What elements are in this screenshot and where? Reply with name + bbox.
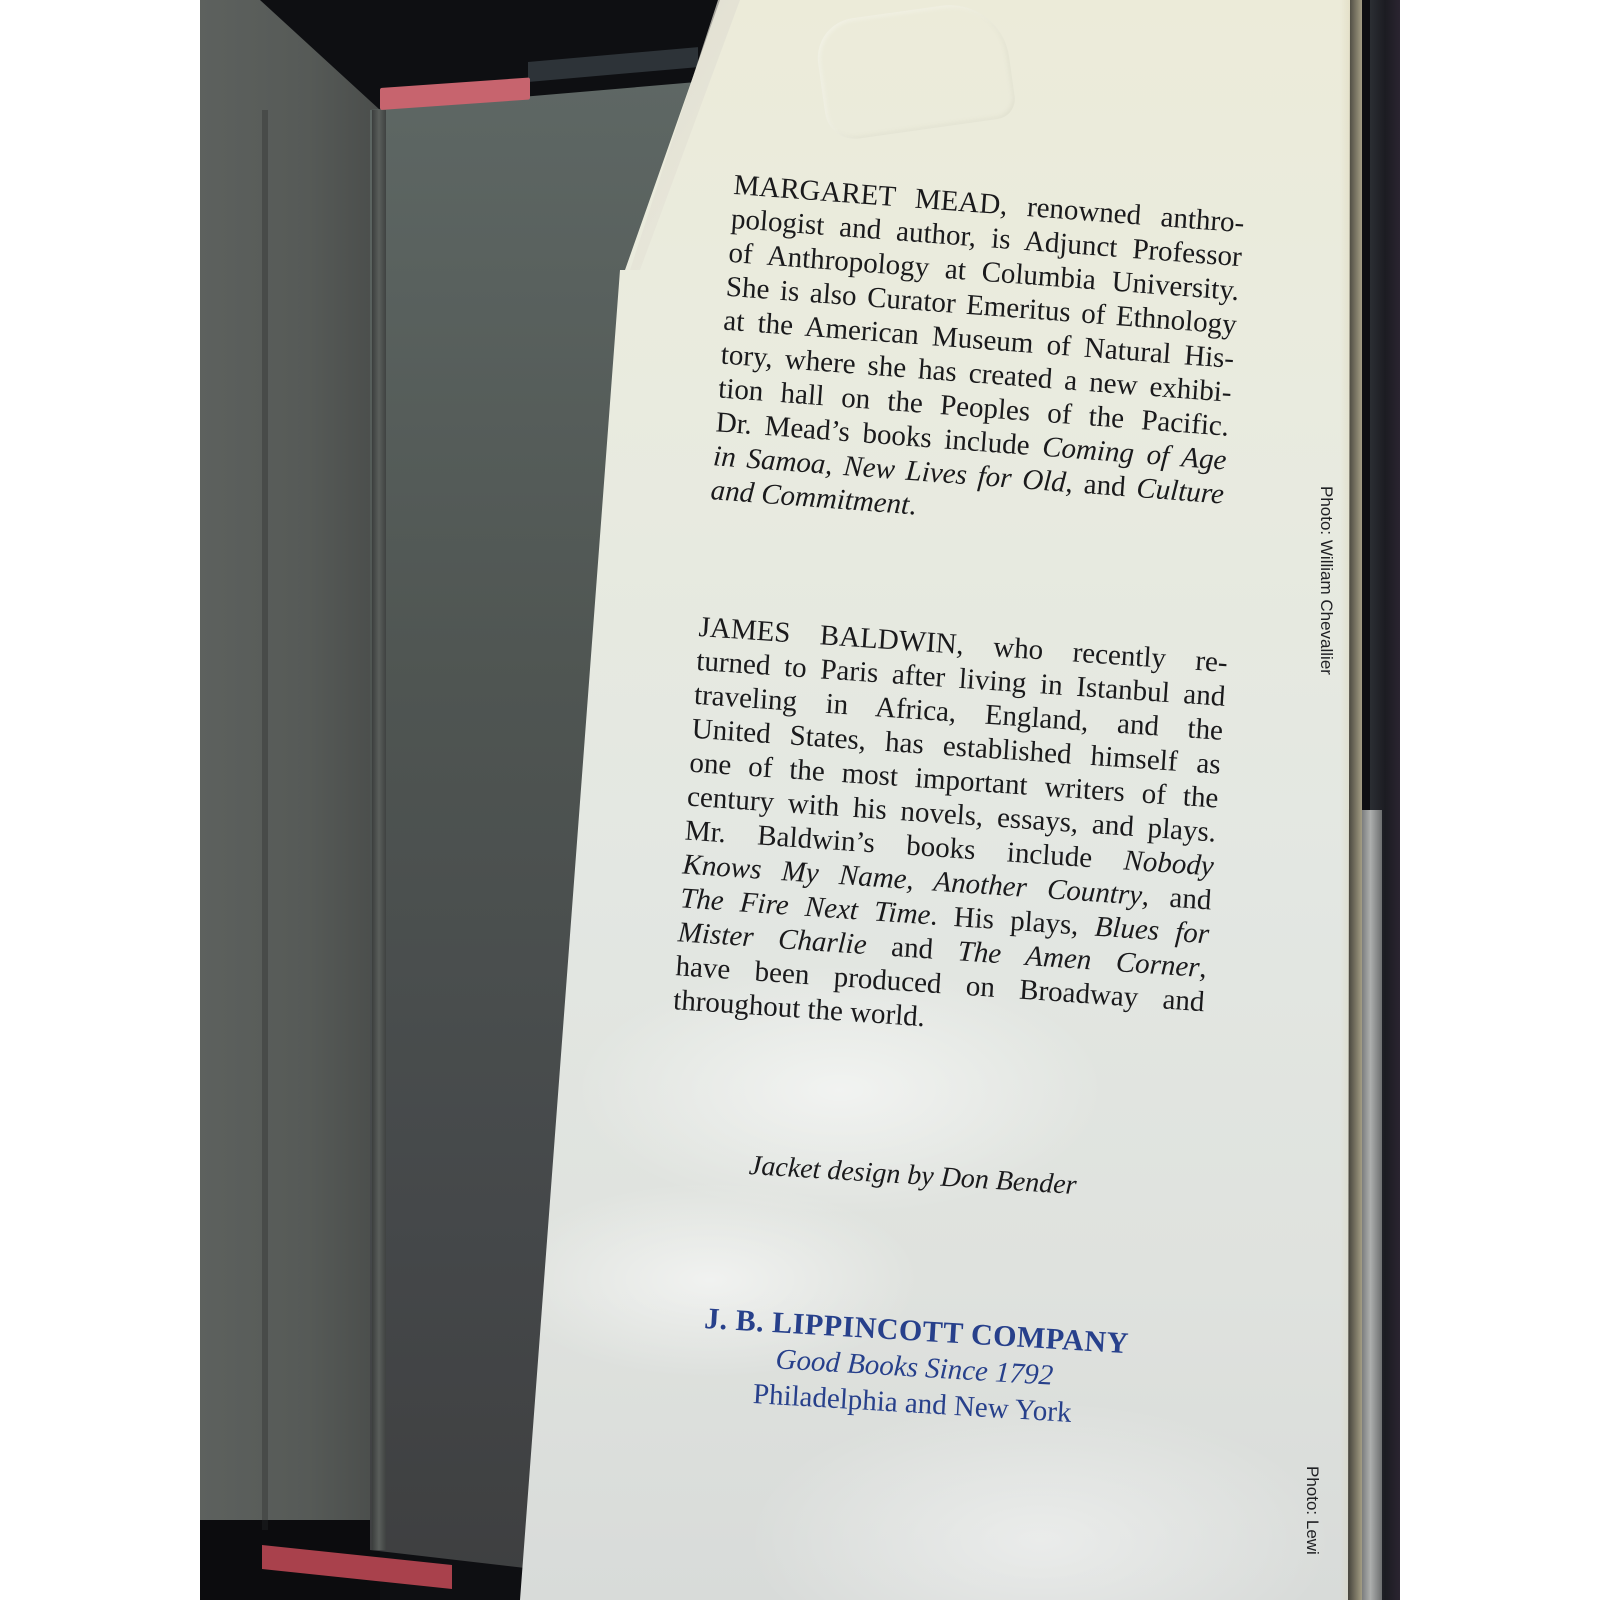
book-photo-scene: MARGARET MEAD, renowned anthro- pologist… bbox=[0, 0, 1600, 1600]
front-board-inside bbox=[200, 0, 380, 1600]
jacket-spine-highlight bbox=[1362, 810, 1382, 1600]
baldwin-biography: JAMES BALDWIN, who recently re- turned t… bbox=[672, 610, 1229, 1053]
board-crease bbox=[262, 110, 268, 1530]
mead-biography: MARGARET MEAD, renowned anthro- pologist… bbox=[710, 168, 1246, 545]
book-hinge bbox=[372, 110, 386, 1550]
photo-credit: Photo: Lewi bbox=[1302, 1466, 1322, 1555]
flap-yellowed-edge bbox=[1340, 0, 1362, 1600]
book-title: Culture bbox=[1135, 472, 1225, 510]
book-title: Nobody bbox=[1123, 844, 1215, 882]
photo-credit: Photo: William Chevallier bbox=[1316, 486, 1336, 675]
